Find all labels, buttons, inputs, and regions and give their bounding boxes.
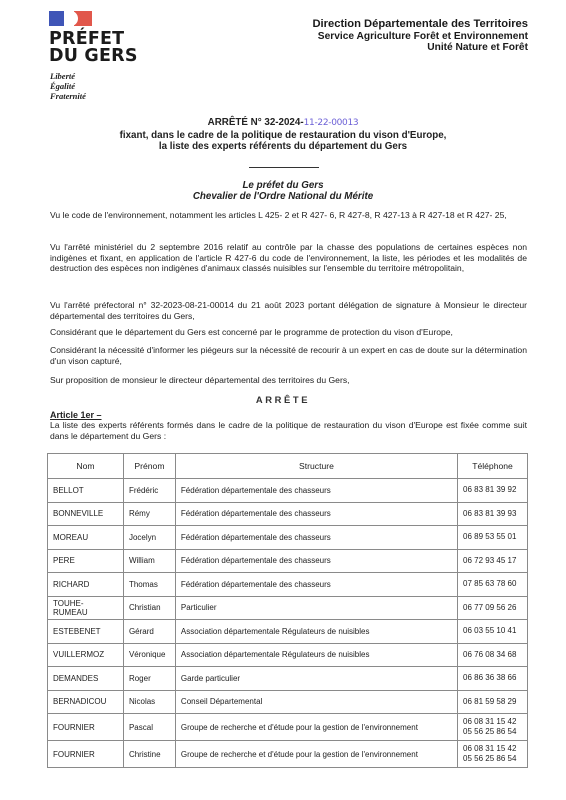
marianne-flag-icon — [49, 11, 92, 26]
cell-nom: TOUHE-RUMEAU — [48, 596, 124, 620]
cell-structure: Fédération départementale des chasseurs — [175, 573, 457, 597]
column-header-structure: Structure — [175, 454, 457, 479]
recital-arrete-ministeriel: Vu l'arrêté ministériel du 2 septembre 2… — [50, 242, 527, 274]
table-row: PEREWilliamFédération départementale des… — [48, 549, 528, 573]
table-row: TOUHE-RUMEAUChristianParticulier06 77 09… — [48, 596, 528, 620]
decision-heading: ARRÊTE — [0, 394, 566, 405]
prefect-honor: Chevalier de l'Ordre National du Mérite — [0, 191, 566, 202]
experts-table: Nom Prénom Structure Téléphone BELLOTFré… — [47, 453, 528, 768]
recital-considerant-informer: Considérant la nécessité d'informer les … — [50, 345, 527, 366]
title-line-2: fixant, dans le cadre de la politique de… — [0, 130, 566, 142]
cell-structure: Fédération départementale des chasseurs — [175, 526, 457, 550]
recital-delegation-signature: Vu l'arrêté préfectoral n° 32-2023-08-21… — [50, 300, 527, 321]
cell-structure: Garde particulier — [175, 667, 457, 691]
cell-structure: Conseil Départemental — [175, 690, 457, 714]
cell-nom: FOURNIER — [48, 714, 124, 741]
decree-number: ARRÊTÉ N° 32-2024-11-22-00013 — [0, 117, 566, 130]
table-row: BONNEVILLERémyFédération départementale … — [48, 502, 528, 526]
cell-telephone: 07 85 63 78 60 — [458, 573, 528, 597]
logo-line-2: DU GERS — [49, 48, 138, 65]
department-header: Direction Départementale des Territoires… — [312, 19, 528, 54]
cell-telephone: 06 77 09 56 26 — [458, 596, 528, 620]
cell-structure: Groupe de recherche et d'étude pour la g… — [175, 714, 457, 741]
cell-telephone: 06 89 53 55 01 — [458, 526, 528, 550]
table-row: RICHARDThomasFédération départementale d… — [48, 573, 528, 597]
table-row: DEMANDESRogerGarde particulier06 86 36 3… — [48, 667, 528, 691]
decree-number-handwritten: 11-22-00013 — [304, 118, 359, 128]
cell-prenom: Véronique — [123, 643, 175, 667]
cell-nom: VUILLERMOZ — [48, 643, 124, 667]
cell-prenom: Thomas — [123, 573, 175, 597]
recital-considerant-programme: Considérant que le département du Gers e… — [50, 327, 527, 338]
recital-proposition: Sur proposition de monsieur le directeur… — [50, 375, 527, 386]
cell-structure: Fédération départementale des chasseurs — [175, 549, 457, 573]
cell-nom: RICHARD — [48, 573, 124, 597]
cell-structure: Particulier — [175, 596, 457, 620]
cell-structure: Fédération départementale des chasseurs — [175, 502, 457, 526]
column-header-telephone: Téléphone — [458, 454, 528, 479]
cell-nom: FOURNIER — [48, 741, 124, 768]
cell-telephone: 06 83 81 39 93 — [458, 502, 528, 526]
cell-structure: Association départementale Régulateurs d… — [175, 620, 457, 644]
table-row: MOREAUJocelynFédération départementale d… — [48, 526, 528, 550]
recital-code-environnement: Vu le code de l'environnement, notamment… — [50, 210, 527, 221]
cell-telephone: 06 72 93 45 17 — [458, 549, 528, 573]
cell-nom: PERE — [48, 549, 124, 573]
cell-telephone: 06 76 08 34 68 — [458, 643, 528, 667]
cell-prenom: Christine — [123, 741, 175, 768]
cell-nom: MOREAU — [48, 526, 124, 550]
cell-telephone: 06 81 59 58 29 — [458, 690, 528, 714]
cell-prenom: Frédéric — [123, 479, 175, 503]
cell-prenom: Gérard — [123, 620, 175, 644]
table-row: VUILLERMOZVéroniqueAssociation départeme… — [48, 643, 528, 667]
prefect-title: Le préfet du Gers — [0, 180, 566, 191]
unit-name: Unité Nature et Forêt — [312, 42, 528, 54]
cell-prenom: Pascal — [123, 714, 175, 741]
cell-nom: DEMANDES — [48, 667, 124, 691]
table-row: ESTEBENETGérardAssociation départemental… — [48, 620, 528, 644]
republic-motto: Liberté Égalité Fraternité — [50, 71, 86, 101]
cell-prenom: Christian — [123, 596, 175, 620]
cell-prenom: Rémy — [123, 502, 175, 526]
cell-nom: BONNEVILLE — [48, 502, 124, 526]
department-name: Direction Départementale des Territoires — [312, 19, 528, 31]
cell-structure: Association départementale Régulateurs d… — [175, 643, 457, 667]
motto-liberte: Liberté — [50, 71, 86, 81]
cell-structure: Groupe de recherche et d'étude pour la g… — [175, 741, 457, 768]
cell-telephone: 06 08 31 15 42 05 56 25 86 54 — [458, 741, 528, 768]
motto-egalite: Égalité — [50, 81, 86, 91]
cell-telephone: 06 08 31 15 42 05 56 25 86 54 — [458, 714, 528, 741]
cell-telephone: 06 86 36 38 66 — [458, 667, 528, 691]
title-line-3: la liste des experts référents du départ… — [0, 141, 566, 153]
table-row: BELLOTFrédéricFédération départementale … — [48, 479, 528, 503]
table-row: BERNADICOUNicolasConseil Départemental06… — [48, 690, 528, 714]
table-row: FOURNIERPascalGroupe de recherche et d'é… — [48, 714, 528, 741]
prefect-signatory: Le préfet du Gers Chevalier de l'Ordre N… — [0, 180, 566, 202]
document-title: ARRÊTÉ N° 32-2024-11-22-00013 fixant, da… — [0, 117, 566, 153]
column-header-nom: Nom — [48, 454, 124, 479]
motto-fraternite: Fraternité — [50, 91, 86, 101]
cell-nom: BERNADICOU — [48, 690, 124, 714]
cell-prenom: Jocelyn — [123, 526, 175, 550]
column-header-prenom: Prénom — [123, 454, 175, 479]
cell-prenom: William — [123, 549, 175, 573]
table-row: FOURNIERChristineGroupe de recherche et … — [48, 741, 528, 768]
decree-number-prefix: ARRÊTÉ N° 32-2024- — [208, 117, 304, 128]
table-header-row: Nom Prénom Structure Téléphone — [48, 454, 528, 479]
cell-telephone: 06 83 81 39 92 — [458, 479, 528, 503]
article-1-text: La liste des experts référents formés da… — [50, 420, 527, 441]
cell-nom: BELLOT — [48, 479, 124, 503]
cell-telephone: 06 03 55 10 41 — [458, 620, 528, 644]
prefecture-logo-text: PRÉFET DU GERS — [49, 31, 138, 65]
cell-nom: ESTEBENET — [48, 620, 124, 644]
cell-prenom: Roger — [123, 667, 175, 691]
title-separator — [249, 167, 319, 168]
cell-prenom: Nicolas — [123, 690, 175, 714]
article-1-heading: Article 1er – — [50, 410, 102, 420]
cell-structure: Fédération départementale des chasseurs — [175, 479, 457, 503]
service-name: Service Agriculture Forêt et Environneme… — [312, 31, 528, 43]
